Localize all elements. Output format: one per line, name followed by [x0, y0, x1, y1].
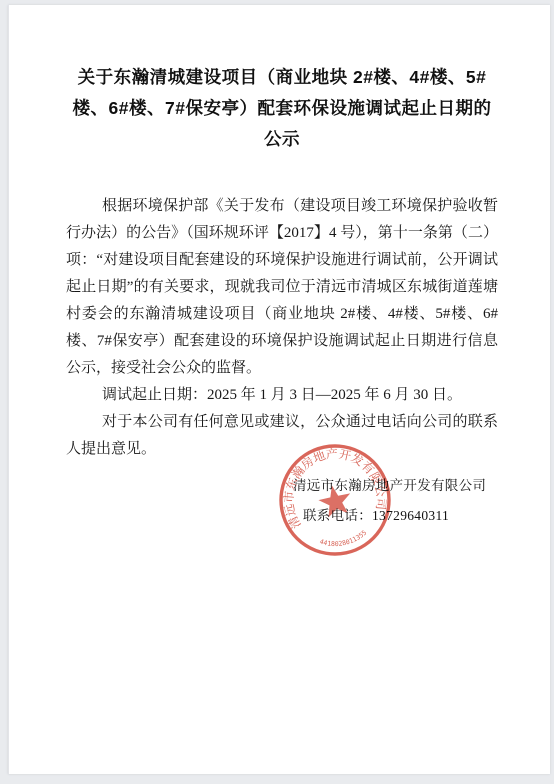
paragraph-notice-basis: 根据环境保护部《关于发布（建设项目竣工环境保护验收暂行办法）的公告》（国环规环评… — [66, 193, 498, 382]
seal-code-text: 4418028011355 — [317, 528, 370, 552]
document-page: 关于东瀚清城建设项目（商业地块 2#楼、4#楼、5#楼、6#楼、7#保安亭）配套… — [8, 5, 550, 774]
paragraph-commissioning-dates: 调试起止日期：2025 年 1 月 3 日—2025 年 6 月 30 日。 — [66, 382, 498, 409]
paragraph-feedback-channel: 对于本公司有任何意见或建议，公众通过电话向公司的联系人提出意见。 — [66, 409, 498, 463]
signature-company-name: 清远市东瀚房地产开发有限公司 — [293, 474, 486, 494]
document-body: 根据环境保护部《关于发布（建设项目竣工环境保护验收暂行办法）的公告》（国环规环评… — [66, 193, 498, 463]
page-title: 关于东瀚清城建设项目（商业地块 2#楼、4#楼、5#楼、6#楼、7#保安亭）配套… — [66, 62, 498, 155]
document-content: 关于东瀚清城建设项目（商业地块 2#楼、4#楼、5#楼、6#楼、7#保安亭）配套… — [66, 5, 498, 463]
signature-phone: 联系电话：13729640311 — [303, 504, 449, 524]
